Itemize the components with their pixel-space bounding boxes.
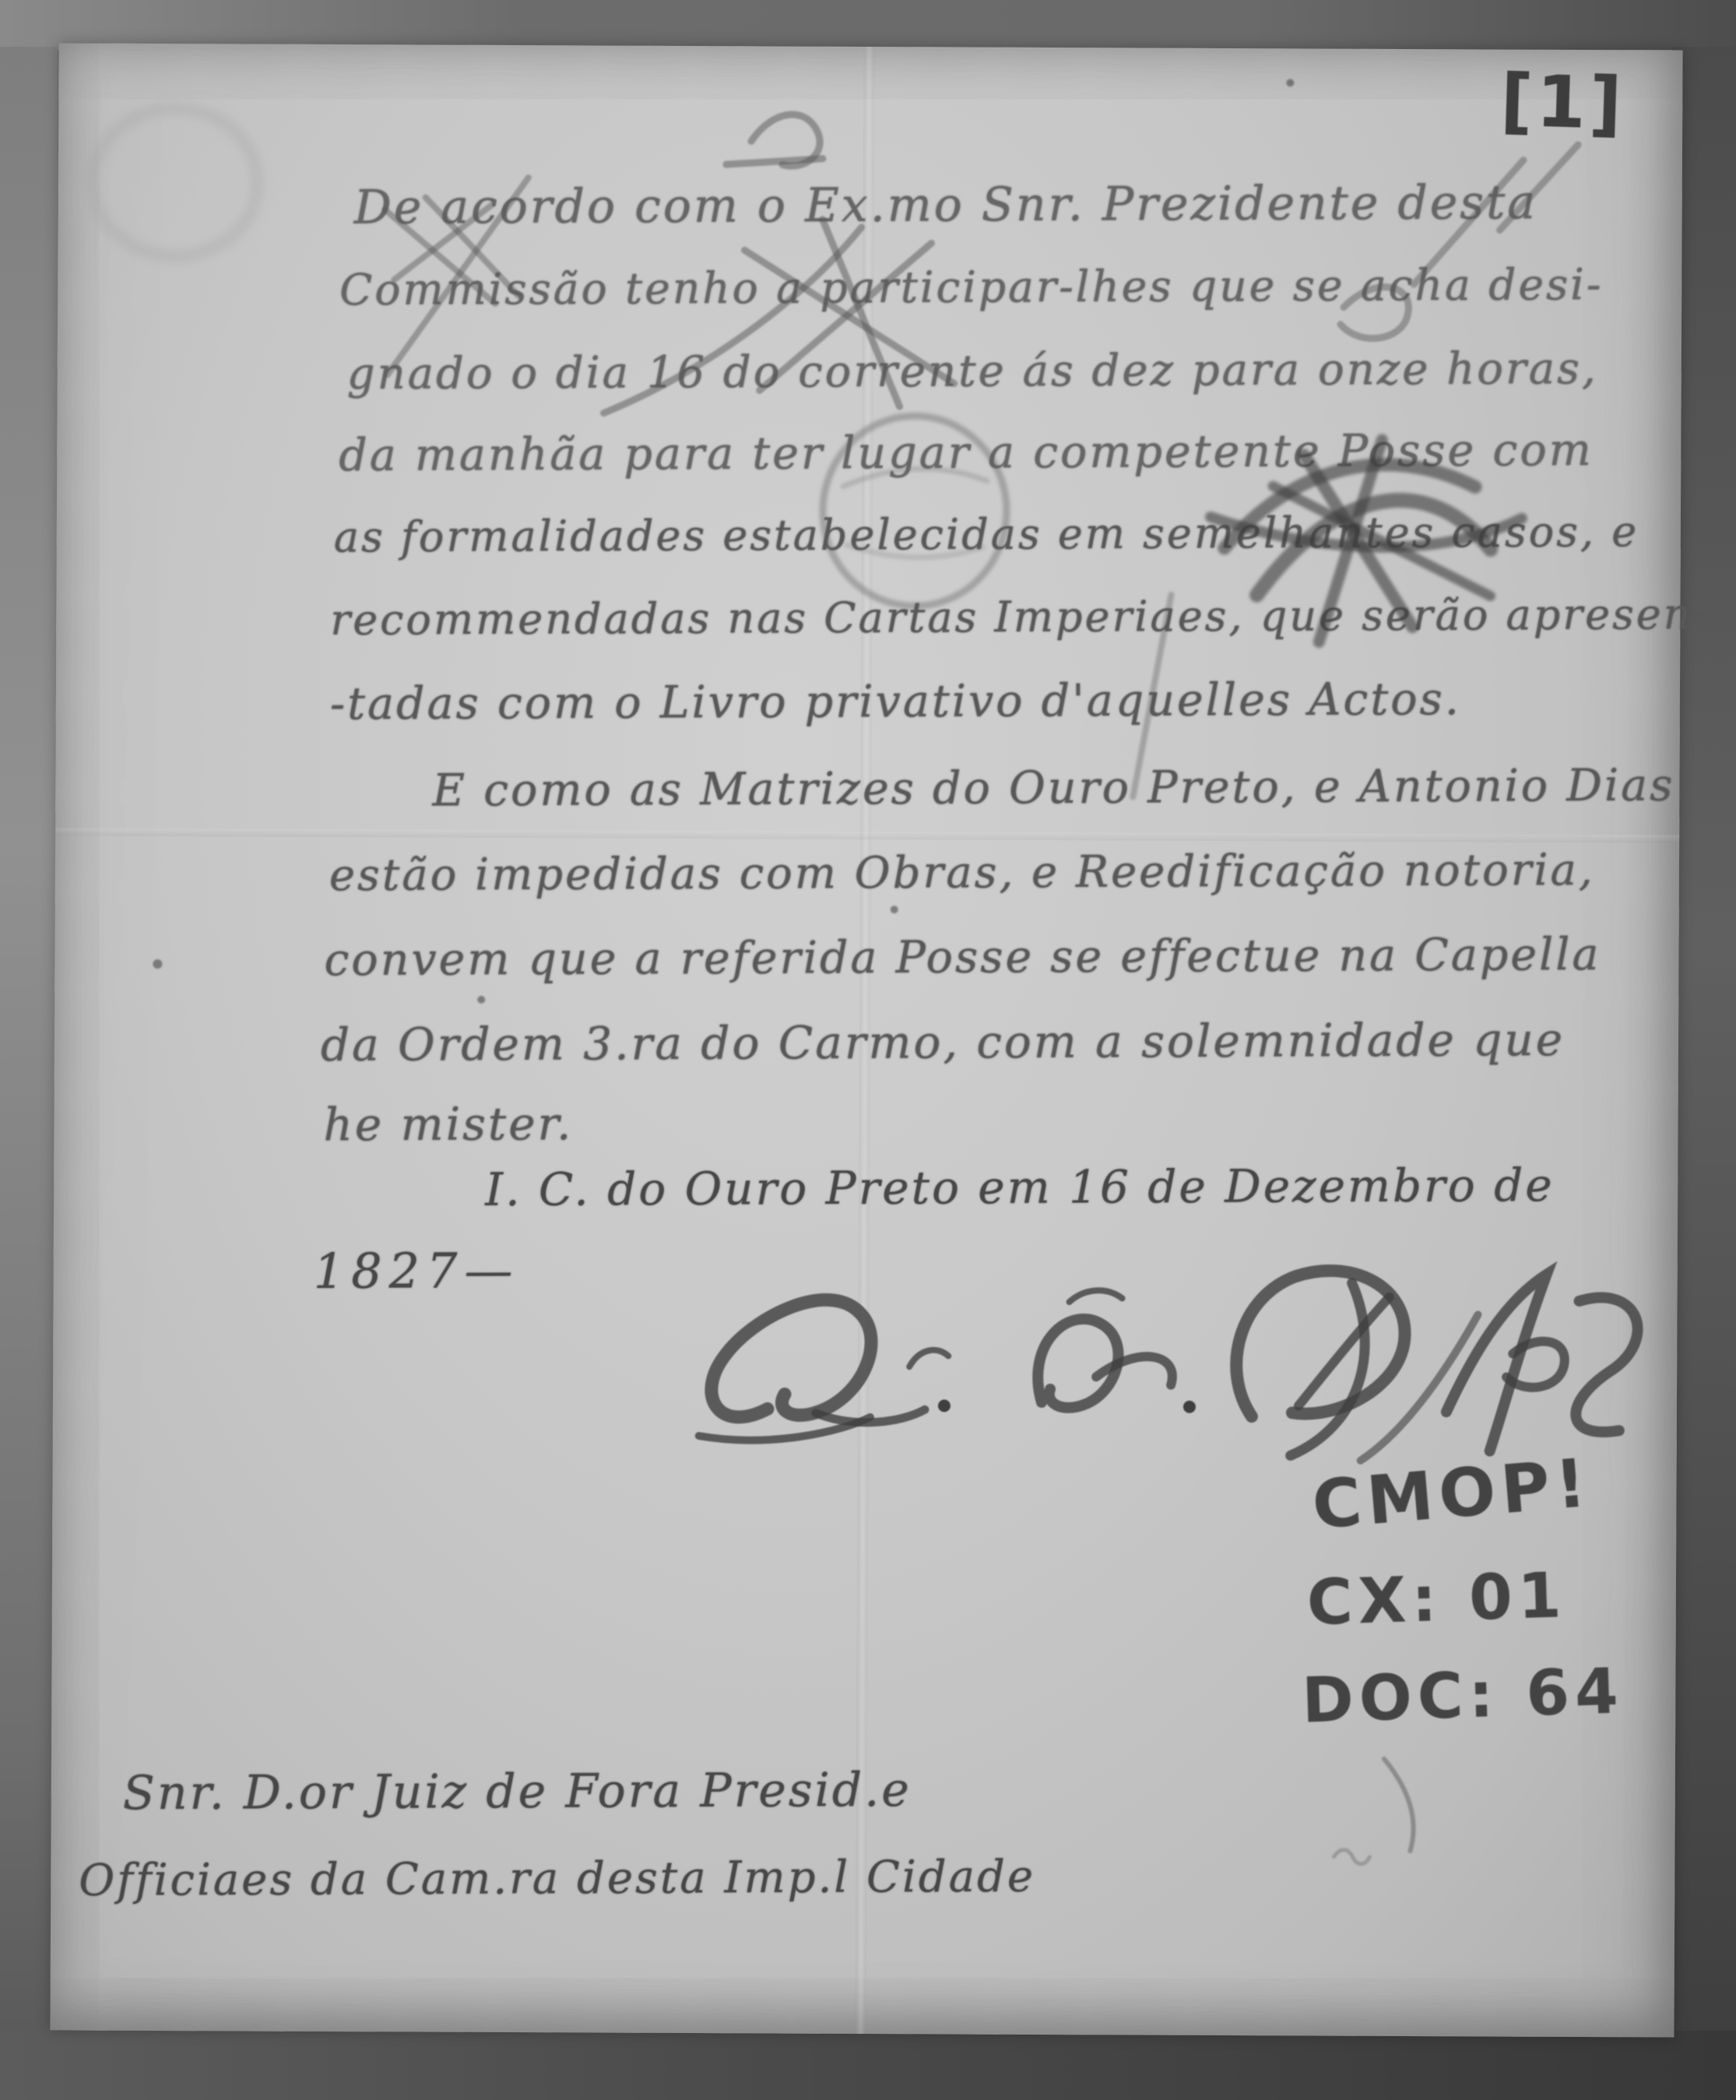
photo-background-top	[0, 0, 1736, 50]
photo-background-bottom	[0, 2031, 1736, 2100]
scanned-manuscript-photo: [1] De acordo com o Ex.mo Snr. Prezident…	[0, 0, 1736, 2100]
scribbles-and-stamp	[50, 43, 1682, 2037]
manuscript-page: [1] De acordo com o Ex.mo Snr. Prezident…	[50, 43, 1682, 2037]
photo-background-right	[1672, 47, 1736, 2040]
photo-background-left	[0, 47, 58, 2040]
